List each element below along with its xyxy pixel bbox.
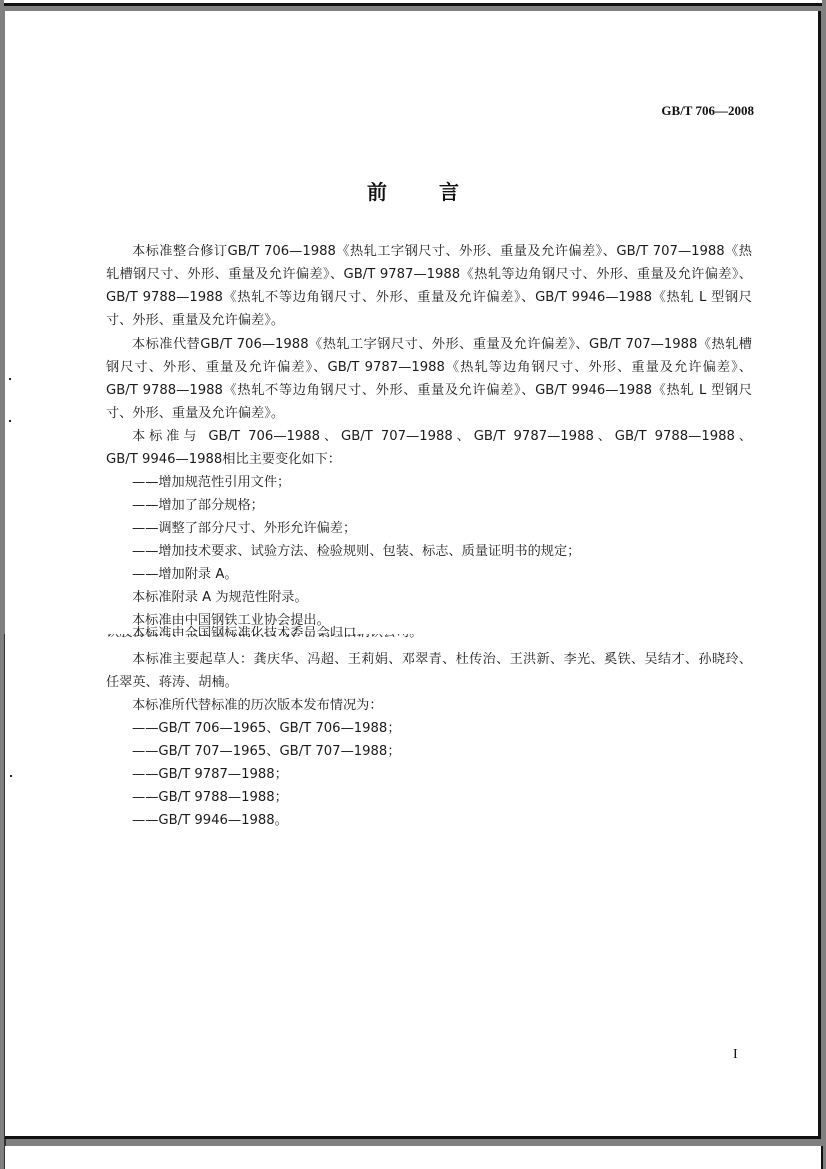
next-page-edge [5, 1146, 823, 1169]
history-item: ——GB/T 9946—1988。 [132, 811, 778, 831]
paragraph-1-line-1: 本标准整合修订GB/T 706—1988《热轧工字钢尺寸、外形、重量及允许偏差》… [132, 242, 752, 262]
drafters-line-2: 任翠英、蒋涛、胡楠。 [106, 673, 752, 693]
paragraph-1-line-2: 轧槽钢尺寸、外形、重量及允许偏差》、GB/T 9787—1988《热轧等边角钢尺… [106, 265, 752, 285]
change-item: ——增加了部分规格； [132, 496, 778, 516]
change-item: ——增加规范性引用文件； [132, 473, 778, 493]
previous-page-edge [4, 0, 822, 6]
scan-speck [9, 420, 11, 422]
title-char-1: 前 [367, 176, 387, 205]
paragraph-3-line-2: GB/T 9946—1988相比主要变化如下： [106, 450, 752, 470]
history-intro: 本标准所代替标准的历次版本发布情况为： [132, 696, 752, 716]
clipped-text-line: 铁股份公司、鞍山宝得钢铁公司、首钢红泊钢铁公司。 [106, 634, 752, 643]
history-item: ——GB/T 707—1965、GB/T 707—1988； [132, 742, 778, 762]
change-item: ——调整了部分尺寸、外形允许偏差； [132, 519, 778, 539]
change-item: ——增加附录 A。 [132, 565, 778, 585]
history-item: ——GB/T 9787—1988； [132, 765, 778, 785]
scan-speck [9, 378, 11, 380]
clipped-text: 铁股份公司、鞍山宝得钢铁公司、首钢红泊钢铁公司。 [106, 634, 423, 643]
paragraph-2-line-2: 钢尺寸、外形、重量及允许偏差》、GB/T 9787—1988《热轧等边角钢尺寸、… [106, 358, 752, 378]
drafters-line-1: 本标准主要起草人：龚庆华、冯超、王莉娟、邓翠青、杜传治、王洪新、李光、奚铁、吴结… [132, 650, 752, 670]
scan-speck [10, 775, 12, 777]
history-item: ——GB/T 706—1965、GB/T 706—1988； [132, 719, 778, 739]
paragraph-1-line-4: 寸、外形、重量及允许偏差》。 [106, 311, 752, 331]
history-item: ——GB/T 9788—1988； [132, 788, 778, 808]
change-item: ——增加技术要求、试验方法、检验规则、包装、标志、质量证明书的规定； [132, 542, 778, 562]
paragraph-2-line-1: 本标准代替GB/T 706—1988《热轧工字钢尺寸、外形、重量及允许偏差》、G… [132, 335, 752, 355]
standard-code-header: GB/T 706—2008 [661, 103, 754, 119]
page-number: I [733, 1047, 738, 1063]
paragraph-2-line-3: GB/T 9788—1988《热轧不等边角钢尺寸、外形、重量及允许偏差》、GB/… [106, 381, 752, 401]
paragraph-3-line-1: 本标准与 GB/T 706—1988、GB/T 707—1988、GB/T 97… [132, 427, 752, 447]
page-title: 前言 [0, 176, 826, 205]
paragraph-1-line-3: GB/T 9788—1988《热轧不等边角钢尺寸、外形、重量及允许偏差》、GB/… [106, 288, 752, 308]
paragraph-2-line-4: 寸、外形、重量及允许偏差》。 [106, 404, 752, 424]
appendix-note: 本标准附录 A 为规范性附录。 [132, 588, 752, 608]
title-char-2: 言 [439, 176, 459, 205]
